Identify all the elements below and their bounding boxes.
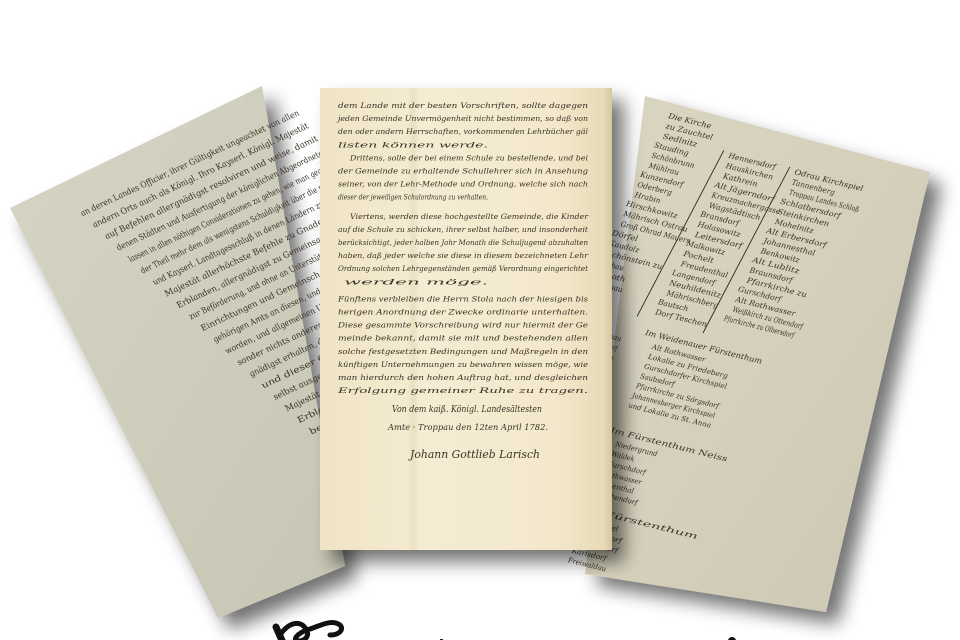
calligraphic-title-fragment — [270, 605, 750, 640]
handwritten-line: listen können werde. — [338, 140, 488, 149]
handwritten-line: Diese gesammte Vorschreibung wird nur hi… — [337, 321, 589, 330]
handwritten-line: Amte · Troppau den 12ten April 1782. — [387, 423, 548, 433]
handwritten-line: auf die Schule zu schicken, ihrer selbst… — [338, 225, 589, 234]
handwritten-line: solche festgesetzten Bedingungen und Maß… — [338, 347, 588, 356]
handwritten-line: Johann Gottlieb Larisch — [408, 448, 540, 461]
handwritten-line: Viertens, werden diese hochgestellte Gem… — [350, 212, 588, 221]
handwritten-line: Ordnung solchen Lehrgegenständen gemäß V… — [338, 264, 589, 273]
handwritten-line: werden möge. — [344, 277, 488, 286]
handwritten-line: man hierdurch den hohen Auftrag hat, und… — [338, 373, 588, 382]
handwritten-line: Erfolgung gemeiner Ruhe zu tragen. — [336, 386, 588, 395]
handwritten-line: der Gemeinde zu erhaltende Schullehrer s… — [338, 167, 588, 176]
handwritten-line: dieser der jeweiligen Schulordnung zu ve… — [338, 193, 488, 202]
handwritten-line: meinde bekannt, damit sie mit und besteh… — [338, 334, 588, 343]
handwritten-line: Fünftens verbleiben die Herrn Stola nach… — [337, 294, 588, 303]
document-collage: an deren Landes Officier, ihrer Gültigke… — [0, 0, 960, 640]
handwritten-line: seiner, von der Lehr-Methode und Ordnung… — [338, 180, 588, 189]
handwritten-line: herigen Anordnung der Zwecke ordinarie u… — [338, 308, 588, 317]
handwritten-line: den oder andern Herrschaften, vorkommend… — [338, 127, 589, 136]
handwritten-line: dem Lande mit der besten Vorschriften, s… — [338, 101, 588, 110]
handwritten-line: künftigen Unternehmungen zu bewahren wis… — [338, 360, 589, 369]
handwritten-line: haben, daß jeder welche sie diese in die… — [338, 251, 588, 260]
handwritten-line: berücksichtigt, jeder halben Jahr Monath… — [338, 238, 588, 247]
handwritten-line: jeden Gemeinde Unvermögenheit nicht best… — [336, 114, 588, 123]
handwritten-line: Drittens, solle der bei einem Schule zu … — [349, 153, 589, 162]
manuscript-pages: an deren Landes Officier, ihrer Gültigke… — [0, 0, 960, 640]
handwritten-line: Von dem kaiß. Königl. Landesältesten — [392, 405, 542, 415]
